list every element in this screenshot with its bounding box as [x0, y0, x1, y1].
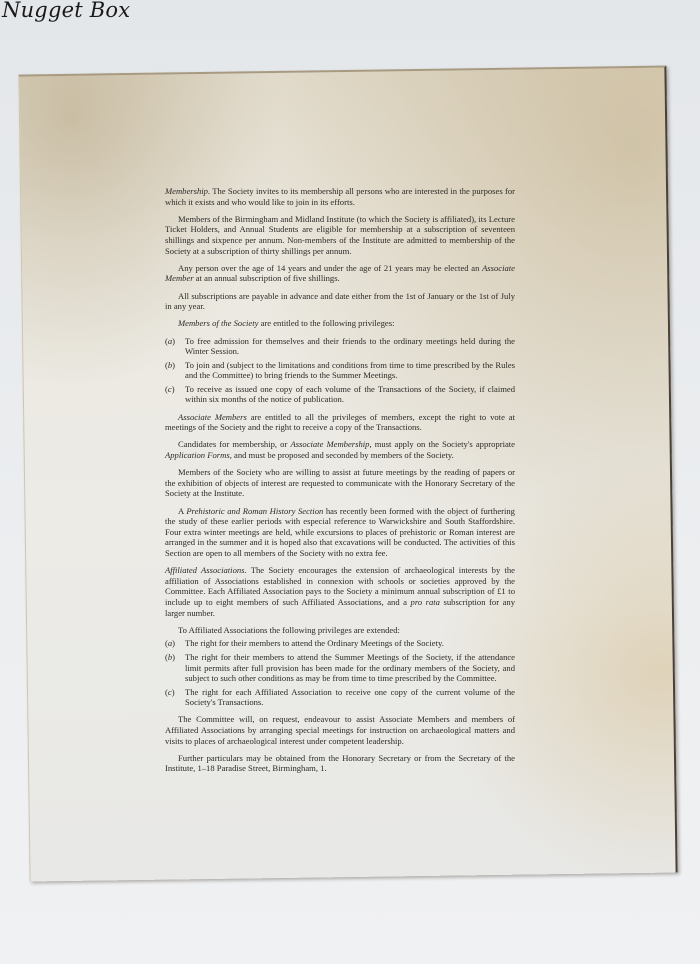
- emphasis: Associate Members: [178, 412, 247, 422]
- paragraph-further-particulars: Further particulars may be obtained from…: [165, 753, 515, 774]
- list-text: To receive as issued one copy of each vo…: [185, 384, 515, 405]
- list-text: The right for each Affiliated Associatio…: [185, 687, 515, 708]
- paragraph-volunteers: Members of the Society who are willing t…: [165, 467, 515, 499]
- paragraph-membership: Membership. The Society invites to its m…: [165, 186, 515, 207]
- document-body: Membership. The Society invites to its m…: [165, 186, 515, 781]
- list-item: (a)To free admission for themselves and …: [165, 336, 515, 357]
- paragraph-text: , and must be proposed and seconded by m…: [230, 450, 454, 460]
- list-item: (b)The right for their members to attend…: [165, 652, 515, 684]
- paragraph-candidates: Candidates for membership, or Associate …: [165, 439, 515, 460]
- emphasis: Associate Membership: [290, 439, 369, 449]
- paragraph-text: Candidates for membership, or: [178, 439, 290, 449]
- list-item: (c)The right for each Affiliated Associa…: [165, 687, 515, 708]
- paragraph-text: Any person over the age of 14 years and …: [178, 263, 482, 273]
- paragraph-affiliated: Affiliated Associations. The Society enc…: [165, 565, 515, 618]
- paragraph-subscriptions: All subscriptions are payable in advance…: [165, 291, 515, 312]
- list-marker: (a): [165, 336, 175, 347]
- list-marker: (c): [165, 687, 175, 698]
- affiliated-privileges-list: (a)The right for their members to attend…: [165, 638, 515, 708]
- paragraph-text: are entitled to the following privileges…: [258, 318, 394, 328]
- paragraph-prehistoric-section: A Prehistoric and Roman History Section …: [165, 506, 515, 559]
- list-marker: (b): [165, 652, 175, 663]
- paragraph-institute-members: Members of the Birmingham and Midland In…: [165, 214, 515, 256]
- paragraph-text: , must apply on the Society's appropriat…: [369, 439, 515, 449]
- watermark: Nugget Box: [2, 0, 130, 22]
- paragraph-associate-privileges: Associate Members are entitled to all th…: [165, 412, 515, 433]
- paragraph-members-privileges-intro: Members of the Society are entitled to t…: [165, 318, 515, 329]
- list-item: (a)The right for their members to attend…: [165, 638, 515, 649]
- emphasis: pro rata: [411, 597, 440, 607]
- emphasis: Application Forms: [165, 450, 230, 460]
- members-privileges-list: (a)To free admission for themselves and …: [165, 336, 515, 406]
- emphasis: Members of the Society: [178, 318, 258, 328]
- list-marker: (c): [165, 384, 175, 395]
- lead-heading: Affiliated Associations.: [165, 565, 247, 575]
- paragraph-committee: The Committee will, on request, endeavou…: [165, 714, 515, 746]
- list-marker: (a): [165, 638, 175, 649]
- paragraph-text: at an annual subscription of five shilli…: [194, 273, 340, 283]
- list-text: To join and (subject to the limitations …: [185, 360, 515, 381]
- list-marker: (b): [165, 360, 175, 371]
- lead-heading: Membership.: [165, 186, 210, 196]
- emphasis: Prehistoric and Roman History Section: [186, 506, 323, 516]
- list-item: (c)To receive as issued one copy of each…: [165, 384, 515, 405]
- paragraph-affiliated-privileges-intro: To Affiliated Associations the following…: [165, 625, 515, 636]
- list-text: The right for their members to attend th…: [185, 638, 444, 648]
- list-text: The right for their members to attend th…: [185, 652, 515, 683]
- paragraph-associate: Any person over the age of 14 years and …: [165, 263, 515, 284]
- list-item: (b)To join and (subject to the limitatio…: [165, 360, 515, 381]
- paragraph-text: The Society invites to its membership al…: [165, 186, 515, 207]
- list-text: To free admission for themselves and the…: [185, 336, 515, 357]
